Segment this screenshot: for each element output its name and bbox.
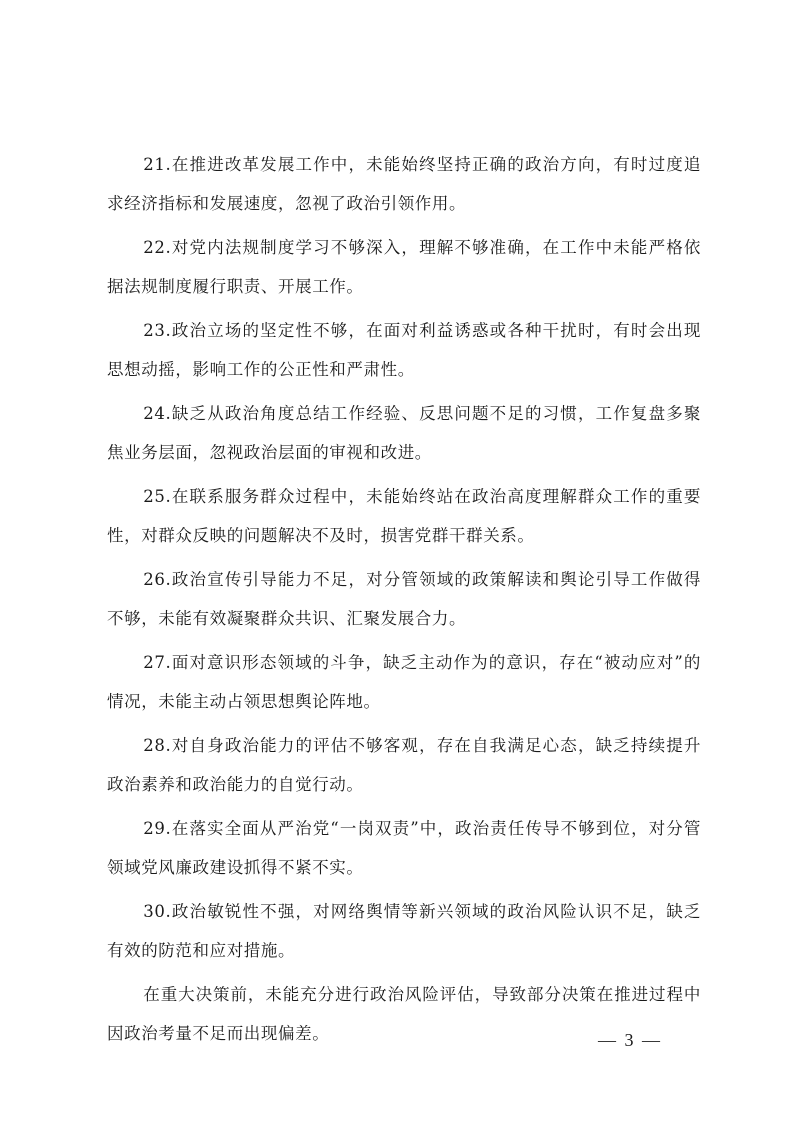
paragraph-item-25: 25.在联系服务群众过程中，未能始终站在政治高度理解群众工作的重要性，对群众反映… [107, 478, 701, 555]
paragraph-item-22: 22.对党内法规制度学习不够深入，理解不够准确，在工作中未能严格依据法规制度履行… [107, 229, 701, 306]
paragraph-item-21: 21.在推进改革发展工作中，未能始终坚持正确的政治方向，有时过度追求经济指标和发… [107, 146, 701, 223]
paragraph-item-28: 28.对自身政治能力的评估不够客观，存在自我满足心态，缺乏持续提升政治素养和政治… [107, 727, 701, 804]
page-number: — 3 — [598, 1030, 662, 1051]
paragraph-item-24: 24.缺乏从政治角度总结工作经验、反思问题不足的习惯，工作复盘多聚焦业务层面，忽… [107, 395, 701, 472]
paragraph-item-27: 27.面对意识形态领域的斗争，缺乏主动作为的意识，存在“被动应对”的情况，未能主… [107, 644, 701, 721]
paragraph-item-23: 23.政治立场的坚定性不够，在面对利益诱惑或各种干扰时，有时会出现思想动摇，影响… [107, 312, 701, 389]
paragraph-item-30: 30.政治敏锐性不强，对网络舆情等新兴领域的政治风险认识不足，缺乏有效的防范和应… [107, 893, 701, 970]
document-body: 21.在推进改革发展工作中，未能始终坚持正确的政治方向，有时过度追求经济指标和发… [107, 146, 701, 1059]
paragraph-item-29: 29.在落实全面从严治党“一岗双责”中，政治责任传导不够到位，对分管领域党风廉政… [107, 810, 701, 887]
paragraph-item-26: 26.政治宣传引导能力不足，对分管领域的政策解读和舆论引导工作做得不够，未能有效… [107, 561, 701, 638]
